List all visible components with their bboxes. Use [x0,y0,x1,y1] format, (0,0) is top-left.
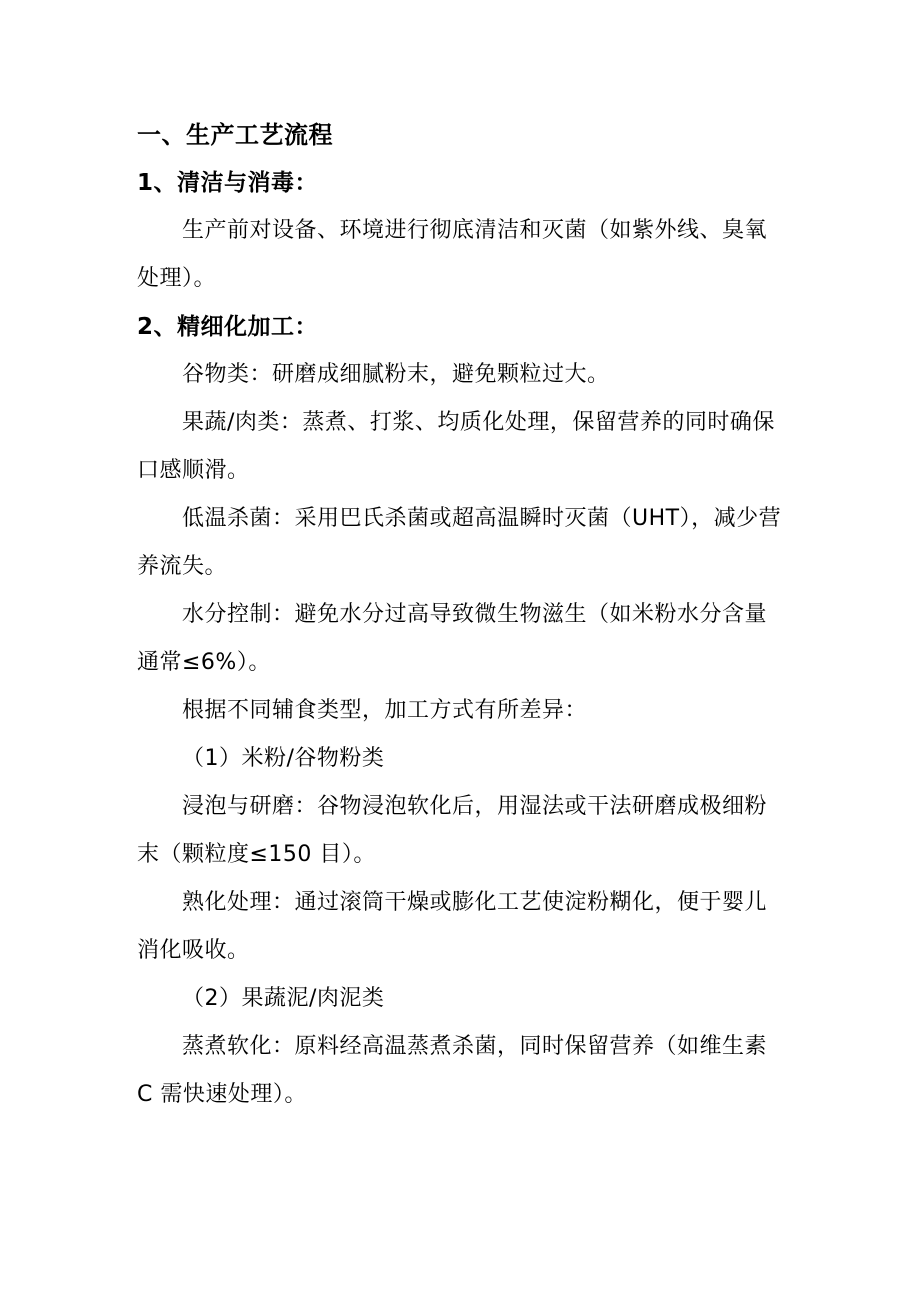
body-paragraph: 浸泡与研磨：谷物浸泡软化后，用湿法或干法研磨成极细粉末（颗粒度≤150 目）。 [137,783,784,879]
body-paragraph: 生产前对设备、环境进行彻底清洁和灭菌（如紫外线、臭氧处理）。 [137,207,784,303]
body-paragraph: 蒸煮软化：原料经高温蒸煮杀菌，同时保留营养（如维生素 C 需快速处理）。 [137,1023,784,1119]
body-paragraph: 水分控制：避免水分过高导致微生物滋生（如米粉水分含量通常≤6%）。 [137,591,784,687]
document-body: 一、生产工艺流程 1、清洁与消毒： 生产前对设备、环境进行彻底清洁和灭菌（如紫外… [137,111,784,1119]
list-item-rice-cereal-powder: （1）米粉/谷物粉类 [137,735,784,783]
body-paragraph: 熟化处理：通过滚筒干燥或膨化工艺使淀粉糊化，便于婴儿消化吸收。 [137,879,784,975]
subsection-title-fine-processing: 2、精细化加工： [137,303,784,351]
list-item-puree-types: （2）果蔬泥/肉泥类 [137,975,784,1023]
body-paragraph: 谷物类：研磨成细腻粉末，避免颗粒过大。 [137,351,784,399]
body-paragraph: 果蔬/肉类：蒸煮、打浆、均质化处理，保留营养的同时确保口感顺滑。 [137,399,784,495]
body-paragraph: 根据不同辅食类型，加工方式有所差异： [137,687,784,735]
body-paragraph: 低温杀菌：采用巴氏杀菌或超高温瞬时灭菌（UHT），减少营养流失。 [137,495,784,591]
subsection-title-cleaning-disinfection: 1、清洁与消毒： [137,159,784,207]
document-page: 一、生产工艺流程 1、清洁与消毒： 生产前对设备、环境进行彻底清洁和灭菌（如紫外… [0,0,920,1302]
section-title-production-process: 一、生产工艺流程 [137,111,784,159]
